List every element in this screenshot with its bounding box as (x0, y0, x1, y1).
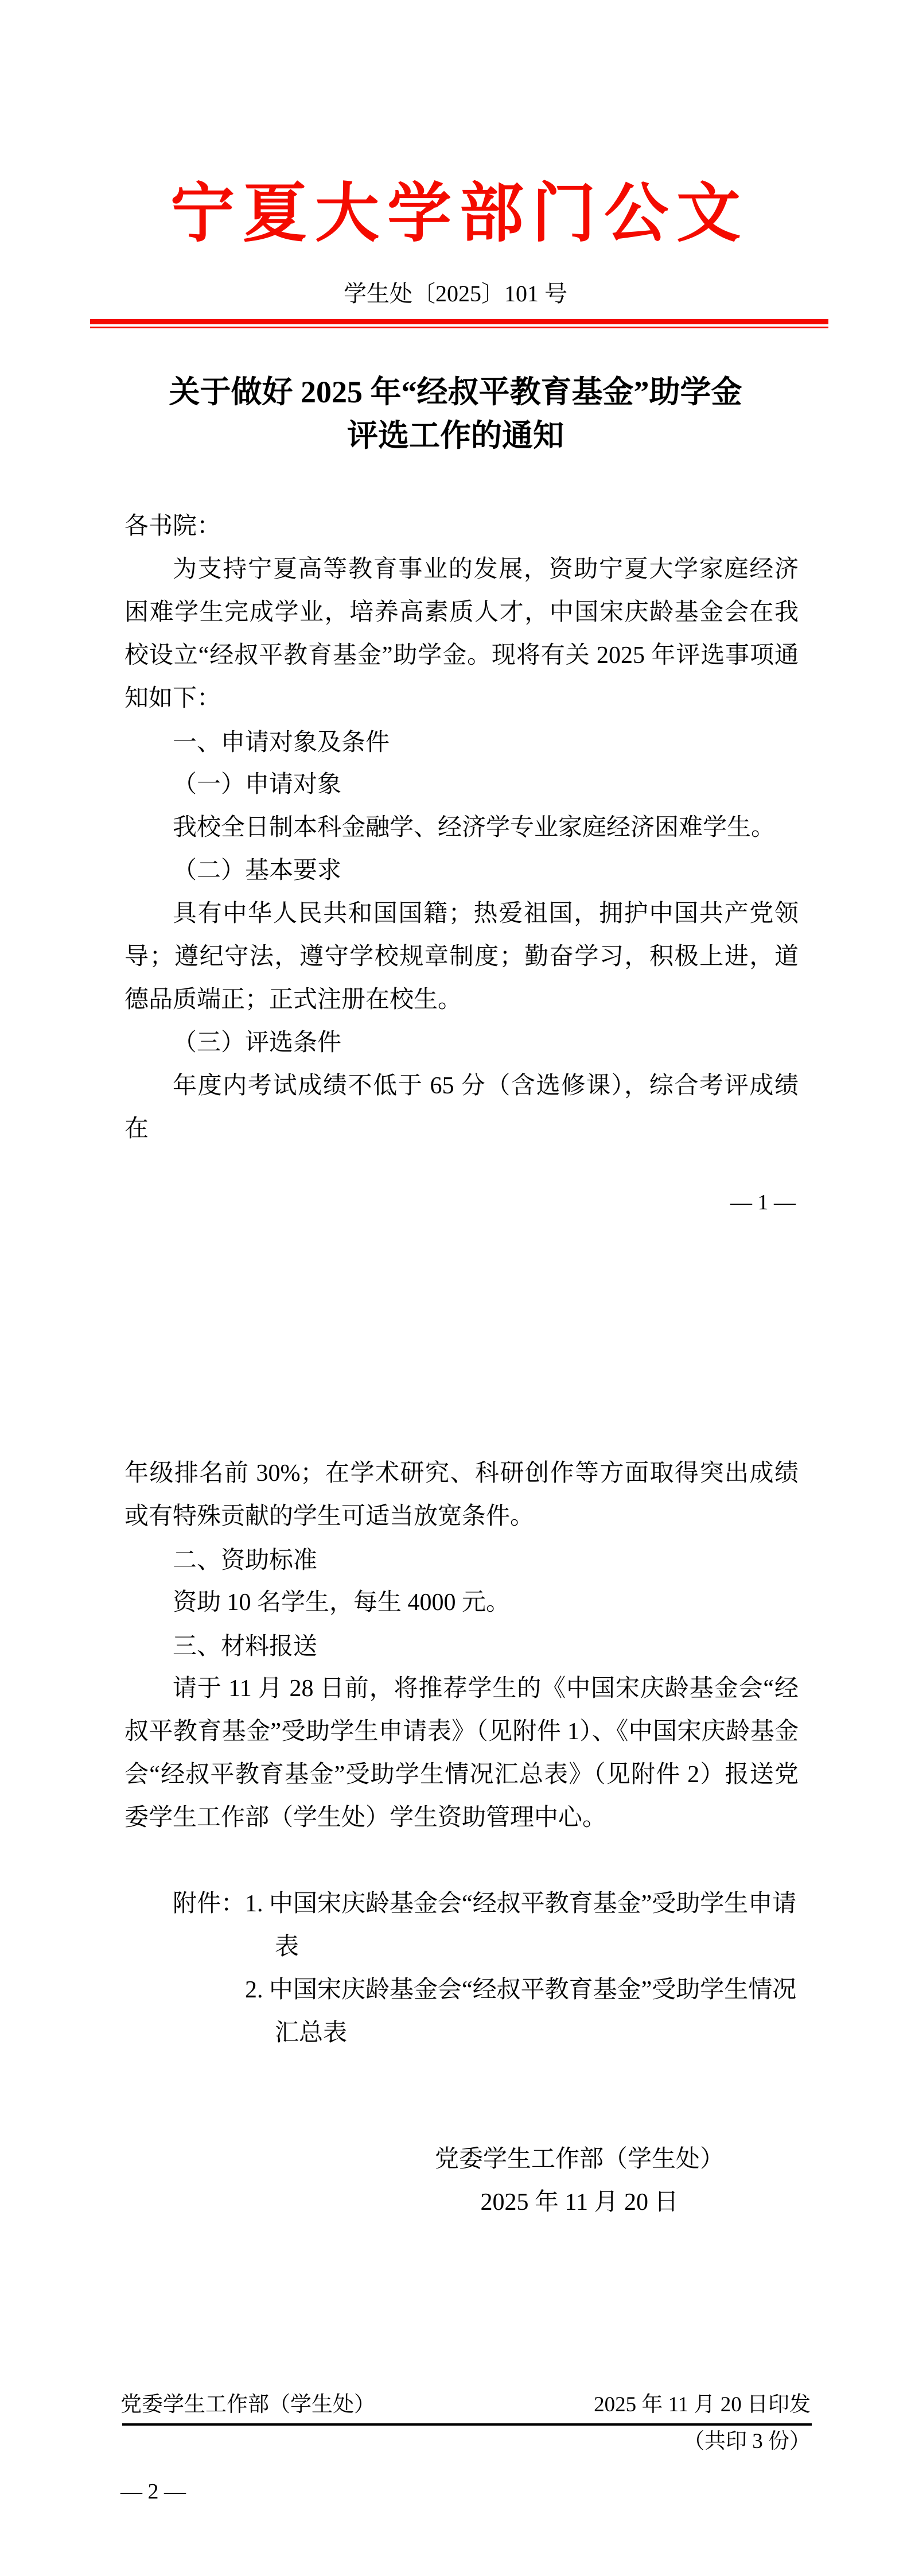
attachment-item-1: 1. 中国宋庆龄基金会“经叔平教育基金”受助学生申请表 (245, 1883, 799, 1969)
attachments-block: 附件： 1. 中国宋庆龄基金会“经叔平教育基金”受助学生申请表 2. 中国宋庆龄… (124, 1883, 799, 2055)
footer-rule (122, 2423, 812, 2426)
section3-text: 请于 11 月 28 日前，将推荐学生的《中国宋庆龄基金会“经叔平教育基金”受助… (124, 1667, 799, 1840)
signature-block: 党委学生工作部（学生处） 2025 年 11 月 20 日 (407, 2138, 752, 2224)
footer-issuer: 党委学生工作部（学生处） (120, 2392, 375, 2418)
red-rule-thick (90, 319, 828, 324)
attachment-item-2: 2. 中国宋庆龄基金会“经叔平教育基金”受助学生情况汇总表 (245, 1969, 799, 2055)
section3-heading: 三、材料报送 (124, 1624, 799, 1667)
body-page1: 各书院： 为支持宁夏高等教育事业的发展，资助宁夏大学家庭经济困难学生完成学业，培… (124, 505, 799, 1151)
sub1-text: 我校全日制本科金融学、经济学专业家庭经济困难学生。 (124, 806, 799, 849)
page-number-1: — 1 — (706, 1190, 820, 1215)
footer-copies-note: （共印 3 份） (683, 2429, 811, 2454)
body-page2: 年级排名前 30%；在学术研究、科研创作等方面取得突出成绩或有特殊贡献的学生可适… (124, 1452, 799, 2055)
org-banner-title: 宁夏大学部门公文 (0, 162, 911, 254)
section2-heading: 二、资助标准 (124, 1538, 799, 1581)
salutation: 各书院： (124, 505, 799, 548)
doc-title: 关于做好 2025 年“经叔平教育基金”助学金 评选工作的通知 (0, 370, 911, 457)
sub2-heading: （二）基本要求 (124, 849, 799, 893)
sub1-heading: （一）申请对象 (124, 763, 799, 806)
sub3-heading: （三）评选条件 (124, 1022, 799, 1065)
signature-date: 2025 年 11 月 20 日 (407, 2181, 752, 2224)
official-document-page: { "colors": { "accent_red": "#f40b00", "… (0, 0, 911, 2576)
footer-print-date: 2025 年 11 月 20 日印发 (594, 2392, 811, 2418)
section1-heading: 一、申请对象及条件 (124, 720, 799, 763)
page-number-2: — 2 — (120, 2480, 186, 2504)
sub2-text: 具有中华人民共和国国籍；热爱祖国，拥护中国共产党领导；遵纪守法，遵守学校规章制度… (124, 893, 799, 1022)
sub3-text-part1: 年度内考试成绩不低于 65 分（含选修课），综合考评成绩在 (124, 1065, 799, 1151)
red-rule-thin (90, 327, 828, 328)
intro-paragraph: 为支持宁夏高等教育事业的发展，资助宁夏大学家庭经济困难学生完成学业，培养高素质人… (124, 548, 799, 720)
sub3-text-part2: 年级排名前 30%；在学术研究、科研创作等方面取得突出成绩或有特殊贡献的学生可适… (124, 1452, 799, 1538)
attachments-label: 附件： (173, 1883, 245, 2055)
doc-title-line1: 关于做好 2025 年“经叔平教育基金”助学金 (0, 370, 911, 414)
section2-text: 资助 10 名学生，每生 4000 元。 (124, 1581, 799, 1624)
attachments-list: 1. 中国宋庆龄基金会“经叔平教育基金”受助学生申请表 2. 中国宋庆龄基金会“… (245, 1883, 799, 2055)
doc-number: 学生处〔2025〕101 号 (0, 281, 911, 307)
signature-org: 党委学生工作部（学生处） (407, 2138, 752, 2181)
doc-title-line2: 评选工作的通知 (0, 414, 911, 457)
